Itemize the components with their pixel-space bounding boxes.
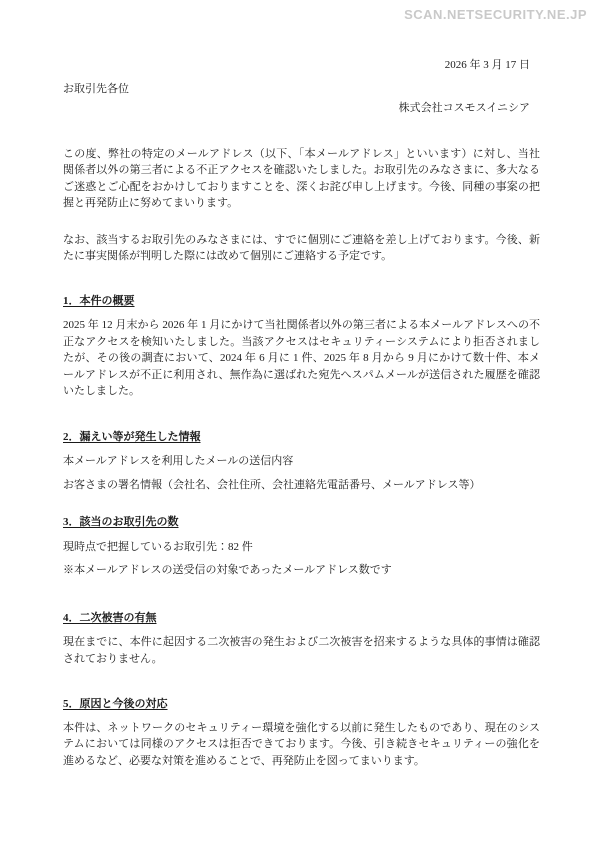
section-1-title: 1．本件の概要 xyxy=(63,293,540,310)
section-5-paragraph: 本件は、ネットワークのセキュリティー環境を強化する以前に発生したものであり、現在… xyxy=(63,720,540,770)
notice-paragraph: なお、該当するお取引先のみなさまには、すでに個別にご連絡を差し上げております。今… xyxy=(63,232,540,265)
section-3-paragraph-1: 現時点で把握しているお取引先：82 件 xyxy=(63,539,540,556)
document-date: 2026 年 3 月 17 日 xyxy=(63,57,540,74)
section-2-title: 2．漏えい等が発生した情報 xyxy=(63,429,540,446)
section-incident-overview: 1．本件の概要 2025 年 12 月末から 2026 年 1 月にかけて当社関… xyxy=(63,293,540,400)
section-2-paragraph-2: お客さまの署名情報（会社名、会社住所、会社連絡先電話番号、メールアドレス等） xyxy=(63,477,540,494)
intro-paragraph: この度、弊社の特定のメールアドレス（以下、「本メールアドレス」といいます）に対し… xyxy=(63,146,540,212)
section-2-paragraph-1: 本メールアドレスを利用したメールの送信内容 xyxy=(63,453,540,470)
company-name: 株式会社コスモスイニシア xyxy=(63,100,540,117)
section-4-paragraph: 現在までに、本件に起因する二次被害の発生および二次被害を招来するような具体的事情… xyxy=(63,634,540,667)
section-4-title: 4．二次被害の有無 xyxy=(63,610,540,627)
watermark-site-label: SCAN.NETSECURITY.NE.JP xyxy=(404,7,587,24)
section-3-paragraph-2: ※本メールアドレスの送受信の対象であったメールアドレス数です xyxy=(63,562,540,579)
section-cause-and-measures: 5．原因と今後の対応 本件は、ネットワークのセキュリティー環境を強化する以前に発… xyxy=(63,696,540,769)
document-page: SCAN.NETSECURITY.NE.JP 2026 年 3 月 17 日 お… xyxy=(0,0,595,841)
addressee-line: お取引先各位 xyxy=(63,81,540,98)
letter-content: 2026 年 3 月 17 日 お取引先各位 株式会社コスモスイニシア この度、… xyxy=(0,57,595,769)
section-3-title: 3．該当のお取引先の数 xyxy=(63,514,540,531)
section-secondary-damage: 4．二次被害の有無 現在までに、本件に起因する二次被害の発生および二次被害を招来… xyxy=(63,610,540,668)
section-leaked-information: 2．漏えい等が発生した情報 本メールアドレスを利用したメールの送信内容 お客さま… xyxy=(63,429,540,494)
section-affected-partners-count: 3．該当のお取引先の数 現時点で把握しているお取引先：82 件 ※本メールアドレ… xyxy=(63,514,540,579)
section-5-title: 5．原因と今後の対応 xyxy=(63,696,540,713)
section-1-paragraph: 2025 年 12 月末から 2026 年 1 月にかけて当社関係者以外の第三者… xyxy=(63,317,540,400)
